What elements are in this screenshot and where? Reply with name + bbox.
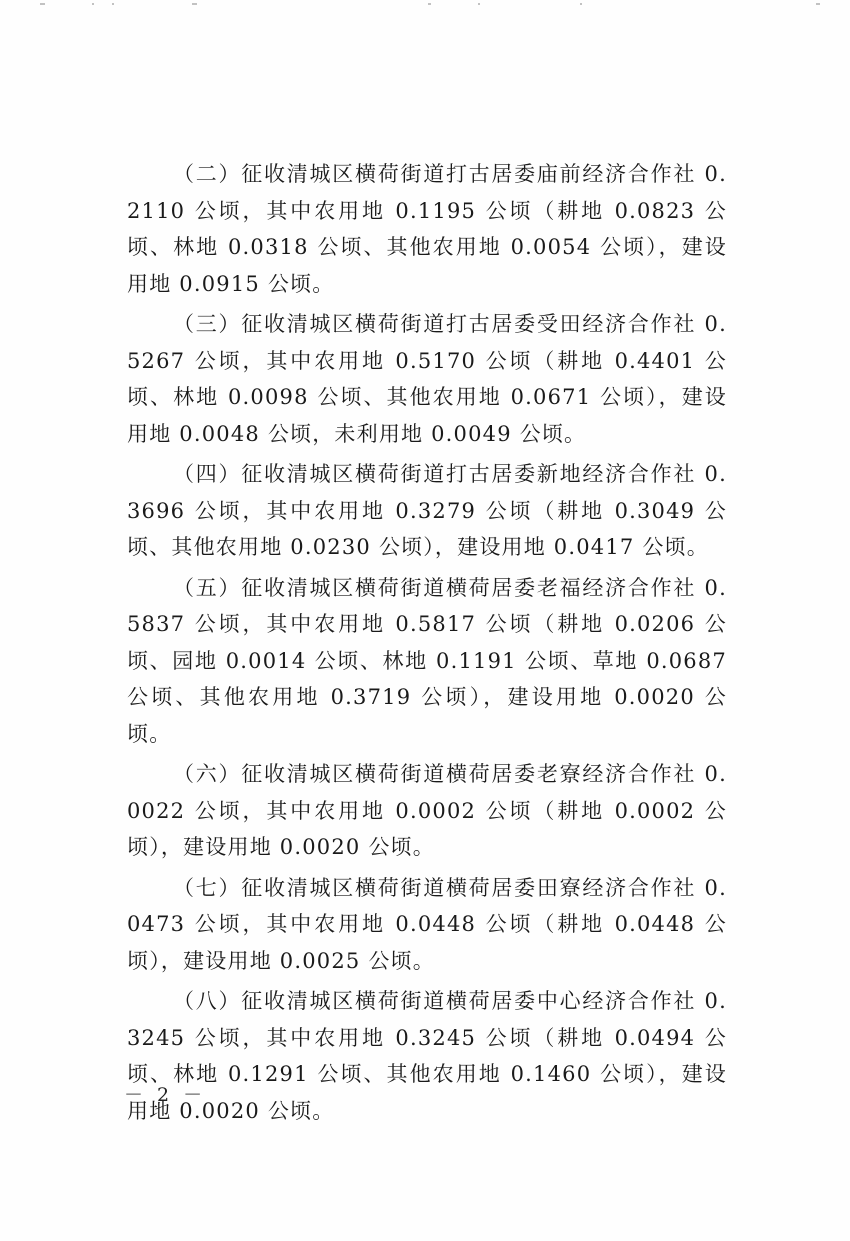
paragraph-item-6: （六）征收清城区横荷街道横荷居委老寮经济合作社 0.0022 公顷，其中农用地 …	[127, 756, 727, 866]
paragraph-item-7: （七）征收清城区横荷街道横荷居委田寮经济合作社 0.0473 公顷，其中农用地 …	[127, 870, 727, 980]
scan-speck	[112, 3, 114, 5]
scan-speck	[580, 3, 582, 5]
paragraph-item-2: （二）征收清城区横荷街道打古居委庙前经济合作社 0.2110 公顷，其中农用地 …	[127, 156, 727, 302]
paragraph-item-3: （三）征收清城区横荷街道打古居委受田经济合作社 0.5267 公顷，其中农用地 …	[127, 306, 727, 452]
scan-speck	[92, 3, 94, 5]
paragraph-item-4: （四）征收清城区横荷街道打古居委新地经济合作社 0.3696 公顷，其中农用地 …	[127, 456, 727, 566]
scan-speck	[40, 3, 45, 5]
document-body: （二）征收清城区横荷街道打古居委庙前经济合作社 0.2110 公顷，其中农用地 …	[127, 156, 727, 1129]
scan-artifacts	[0, 0, 850, 12]
paragraph-item-5: （五）征收清城区横荷街道横荷居委老福经济合作社 0.5837 公顷，其中农用地 …	[127, 570, 727, 753]
scan-speck	[816, 3, 820, 5]
document-page: （二）征收清城区横荷街道打古居委庙前经济合作社 0.2110 公顷，其中农用地 …	[0, 0, 850, 1241]
scan-speck	[428, 3, 431, 5]
scan-speck	[478, 3, 480, 5]
page-number: － 2 －	[124, 1080, 206, 1107]
scan-speck	[192, 3, 197, 5]
paragraph-item-8: （八）征收清城区横荷街道横荷居委中心经济合作社 0.3245 公顷，其中农用地 …	[127, 983, 727, 1129]
